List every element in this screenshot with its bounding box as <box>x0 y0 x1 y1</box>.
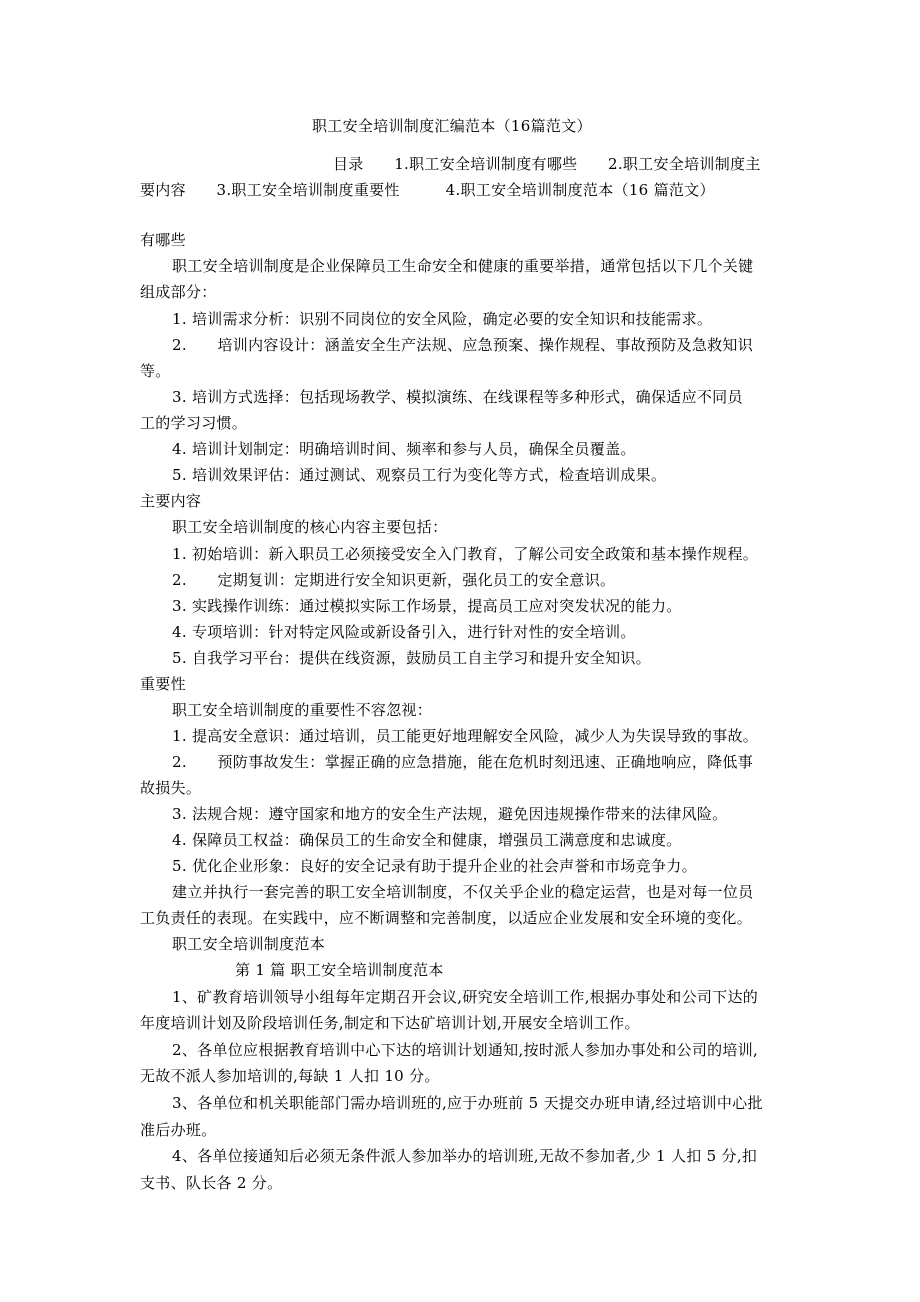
text-line: 3. 实践操作训练：通过模拟实际工作场景，提高员工应对突发状况的能力。 <box>172 596 682 616</box>
text-line: 职工安全培训制度范本 <box>172 934 325 954</box>
text-line: 4. 培训计划制定：明确培训时间、频率和参与人员，确保全员覆盖。 <box>172 439 636 459</box>
text-line: 职工安全培训制度的核心内容主要包括： <box>172 517 447 537</box>
text-line: 无故不派人参加培训的,每缺 1 人扣 10 分。 <box>140 1066 440 1086</box>
text-line: 4. 保障员工权益：确保员工的生命安全和健康，增强员工满意度和忠诚度。 <box>172 830 682 850</box>
text-line: 第 1 篇 职工安全培训制度范本 <box>235 960 444 980</box>
toc-line-1: 目录 1.职工安全培训制度有哪些 2.职工安全培训制度主 <box>333 154 761 174</box>
toc-line-2: 要内容 3.职工安全培训制度重要性 4.职工安全培训制度范本（16 篇范文） <box>140 180 715 200</box>
text-line: 3. 法规合规：遵守国家和地方的安全生产法规，避免因违规操作带来的法律风险。 <box>172 804 727 824</box>
text-line: 职工安全培训制度的重要性不容忽视： <box>172 700 432 720</box>
text-line: 组成部分： <box>140 282 217 302</box>
text-line: 4、各单位接通知后必须无条件派人参加举办的培训班,无故不参加者,少 1 人扣 5… <box>172 1146 757 1166</box>
text-line: 5. 培训效果评估：通过测试、观察员工行为变化等方式，检查培训成果。 <box>172 465 666 485</box>
text-line: 5. 优化企业形象：良好的安全记录有助于提升企业的社会声誉和市场竞争力。 <box>172 856 697 876</box>
text-line: 工负责任的表现。在实践中，应不断调整和完善制度，以适应企业发展和安全环境的变化。 <box>140 908 752 928</box>
text-line: 2. 定期复训：定期进行安全知识更新，强化员工的安全意识。 <box>172 570 615 590</box>
text-line: 5. 自我学习平台：提供在线资源，鼓励员工自主学习和提升安全知识。 <box>172 648 651 668</box>
text-line: 2. 培训内容设计：涵盖安全生产法规、应急预案、操作规程、事故预防及急救知识 <box>172 335 753 355</box>
text-line: 工的学习习惯。 <box>140 413 247 433</box>
text-line: 准后办班。 <box>140 1120 217 1140</box>
text-line: 2. 预防事故发生：掌握正确的应急措施，能在危机时刻迅速、正确地响应，降低事 <box>172 752 753 772</box>
text-line: 3. 培训方式选择：包括现场教学、模拟演练、在线课程等多种形式，确保适应不同员 <box>172 387 743 407</box>
text-line: 1. 初始培训：新入职员工必须接受安全入门教育，了解公司安全政策和基本操作规程。 <box>172 544 758 564</box>
text-line: 主要内容 <box>140 491 201 511</box>
text-line: 建立并执行一套完善的职工安全培训制度，不仅关乎企业的稳定运营，也是对每一位员 <box>172 882 753 902</box>
text-line: 支书、队长各 2 分。 <box>140 1173 282 1193</box>
text-line: 年度培训计划及阶段培训任务,制定和下达矿培训计划,开展安全培训工作。 <box>140 1013 640 1033</box>
text-line: 重要性 <box>140 674 186 694</box>
text-line: 1. 培训需求分析：识别不同岗位的安全风险，确定必要的安全知识和技能需求。 <box>172 309 712 329</box>
text-line: 2、各单位应根据教育培训中心下达的培训计划通知,按时派人参加办事处和公司的培训, <box>172 1040 758 1060</box>
document-title: 职工安全培训制度汇编范本（16篇范文） <box>312 116 592 136</box>
text-line: 1、矿教育培训领导小组每年定期召开会议,研究安全培训工作,根据办事处和公司下达的 <box>172 987 758 1007</box>
text-line: 等。 <box>140 361 171 381</box>
text-line: 1. 提高安全意识：通过培训，员工能更好地理解安全风险，减少人为失误导致的事故。 <box>172 726 758 746</box>
text-line: 有哪些 <box>140 230 186 250</box>
text-line: 职工安全培训制度是企业保障员工生命安全和健康的重要举措，通常包括以下几个关键 <box>172 256 753 276</box>
text-line: 4. 专项培训：针对特定风险或新设备引入，进行针对性的安全培训。 <box>172 622 636 642</box>
document-page: 职工安全培训制度汇编范本（16篇范文） 目录 1.职工安全培训制度有哪些 2.职… <box>0 0 920 1302</box>
text-line: 故损失。 <box>140 778 201 798</box>
text-line: 3、各单位和机关职能部门需办培训班的,应于办班前 5 天提交办班申请,经过培训中… <box>172 1093 763 1113</box>
